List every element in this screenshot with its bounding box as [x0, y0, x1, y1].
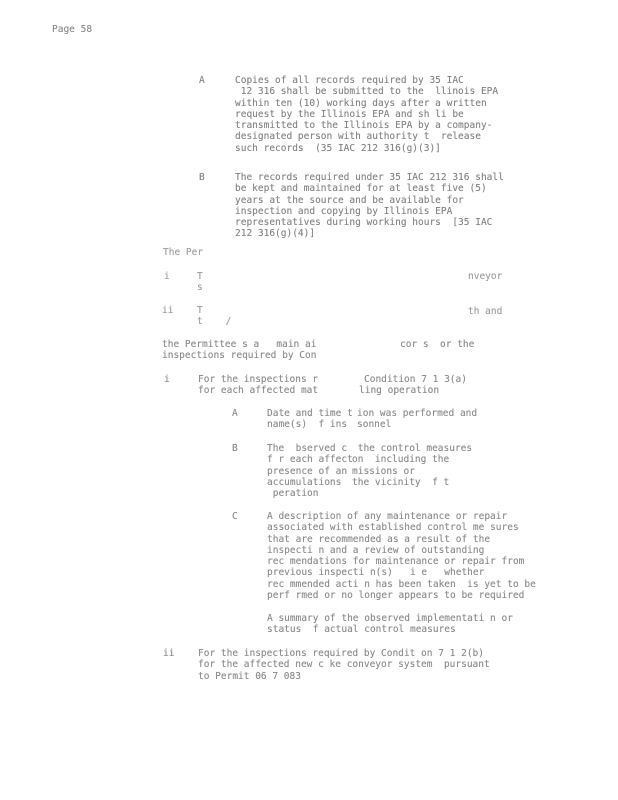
inspection-ii-marker: ii: [163, 648, 174, 659]
faded-item-ii-line1: T: [197, 305, 203, 316]
inspection-ii-text: For the inspections required by Condit o…: [198, 648, 490, 682]
sub-item-a-marker: A: [232, 408, 238, 419]
faded-item-i-marker: i: [164, 271, 170, 282]
sub-item-b-marker: B: [232, 443, 238, 454]
summary-text: A summary of the observed implementati n…: [267, 613, 513, 636]
faded-item-i-line2: s: [197, 282, 203, 293]
inspection-i-line2-right: ling operation: [359, 385, 439, 396]
record-item-a-text: Copies of all records required by 35 IAC…: [235, 75, 498, 154]
record-item-b-text: The records required under 35 IAC 212 31…: [235, 172, 504, 240]
scanned-document-page: Page 58 A Copies of all records required…: [0, 0, 618, 800]
inspection-i-line1-left: For the inspections r: [198, 374, 318, 385]
sub-item-a-right-text: ion was performed and sonnel: [357, 408, 477, 431]
sub-item-b-left-text: The bserved c f r each affect presence o…: [267, 443, 353, 499]
faded-item-ii-line2: t /: [197, 316, 231, 327]
record-item-b-marker: B: [199, 172, 205, 183]
page-number: Page 58: [52, 24, 92, 35]
faded-item-i-line1: T: [197, 271, 203, 282]
faded-item-i-right-fragment: nveyor: [468, 271, 502, 282]
record-item-a-marker: A: [199, 75, 205, 86]
sub-item-c-marker: C: [232, 511, 238, 522]
inspection-i-marker: i: [164, 374, 170, 385]
inspection-i-line1-right: Condition 7 1 3(a): [364, 374, 467, 385]
permittee-para-line1-right: cor s or the: [400, 339, 474, 350]
permittee-para-line1-left: the Permittee s a main ai: [162, 339, 316, 350]
faded-item-ii-right-fragment: th and: [468, 306, 502, 317]
intro-fragment: The Per: [163, 247, 203, 258]
sub-item-c-text: A description of any maintenance or repa…: [267, 511, 536, 601]
inspection-i-line2-left: for each affected mat: [198, 385, 318, 396]
sub-item-a-left-text: Date and time t name(s) f ins: [267, 408, 353, 431]
faded-item-ii-marker: ii: [162, 305, 173, 316]
permittee-para-line2: inspections required by Con: [162, 350, 316, 361]
sub-item-b-right-text: the control measures on including the mi…: [352, 443, 472, 488]
